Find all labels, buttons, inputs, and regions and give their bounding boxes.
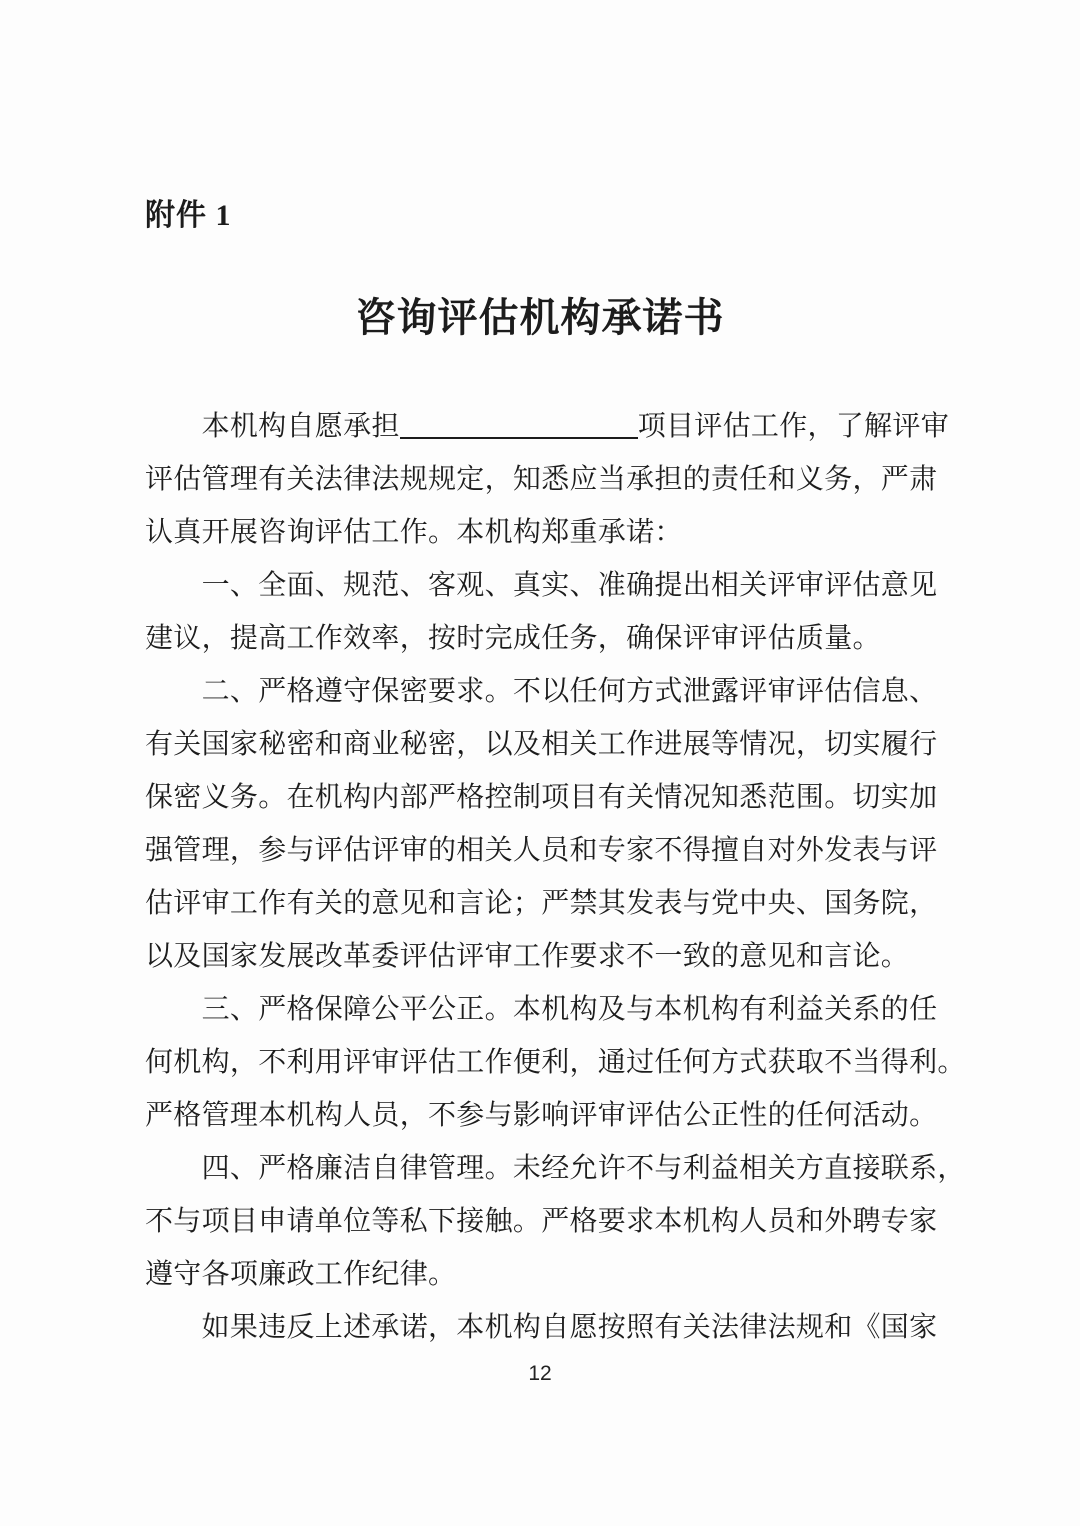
text-line: 建议，提高工作效率，按时完成任务，确保评审评估质量。 [145,612,945,665]
text-line: 如果违反上述承诺，本机构自愿按照有关法律法规和《国家 [145,1301,945,1354]
text-line: 不与项目申请单位等私下接触。严格要求本机构人员和外聘专家 [145,1195,945,1248]
document-title: 咨询评估机构承诺书 [0,286,1080,343]
fill-in-blank-underline [400,407,638,439]
text-line: 有关国家秘密和商业秘密，以及相关工作进展等情况，切实履行 [145,718,945,771]
text-line: 强管理，参与评估评审的相关人员和专家不得擅自对外发表与评 [145,824,945,877]
attachment-label: 附件 1 [145,190,232,234]
text-line: 保密义务。在机构内部严格控制项目有关情况知悉范围。切实加 [145,771,945,824]
document-page: 附件 1 咨询评估机构承诺书 本机构自愿承担项目评估工作，了解评审评估管理有关法… [0,0,1080,1526]
text-segment: 本机构自愿承担 [145,411,400,442]
text-line: 严格管理本机构人员，不参与影响评审评估公正性的任何活动。 [145,1089,945,1142]
text-segment: 项目评估工作，了解评审 [638,411,949,442]
page-number: 12 [0,1362,1080,1386]
text-line: 评估管理有关法律法规规定，知悉应当承担的责任和义务，严肃 [145,453,945,506]
text-line: 以及国家发展改革委评估评审工作要求不一致的意见和言论。 [145,930,945,983]
text-line: 三、严格保障公平公正。本机构及与本机构有利益关系的任 [145,983,945,1036]
text-line: 何机构，不利用评审评估工作便利，通过任何方式获取不当得利。 [145,1036,945,1089]
text-line: 二、严格遵守保密要求。不以任何方式泄露评审评估信息、 [145,665,945,718]
document-body: 本机构自愿承担项目评估工作，了解评审评估管理有关法律法规规定，知悉应当承担的责任… [145,400,945,1354]
text-line: 遵守各项廉政工作纪律。 [145,1248,945,1301]
text-line: 本机构自愿承担项目评估工作，了解评审 [145,400,945,453]
text-line: 一、全面、规范、客观、真实、准确提出相关评审评估意见 [145,559,945,612]
text-line: 认真开展咨询评估工作。本机构郑重承诺： [145,506,945,559]
text-line: 四、严格廉洁自律管理。未经允许不与利益相关方直接联系， [145,1142,945,1195]
text-line: 估评审工作有关的意见和言论；严禁其发表与党中央、国务院， [145,877,945,930]
